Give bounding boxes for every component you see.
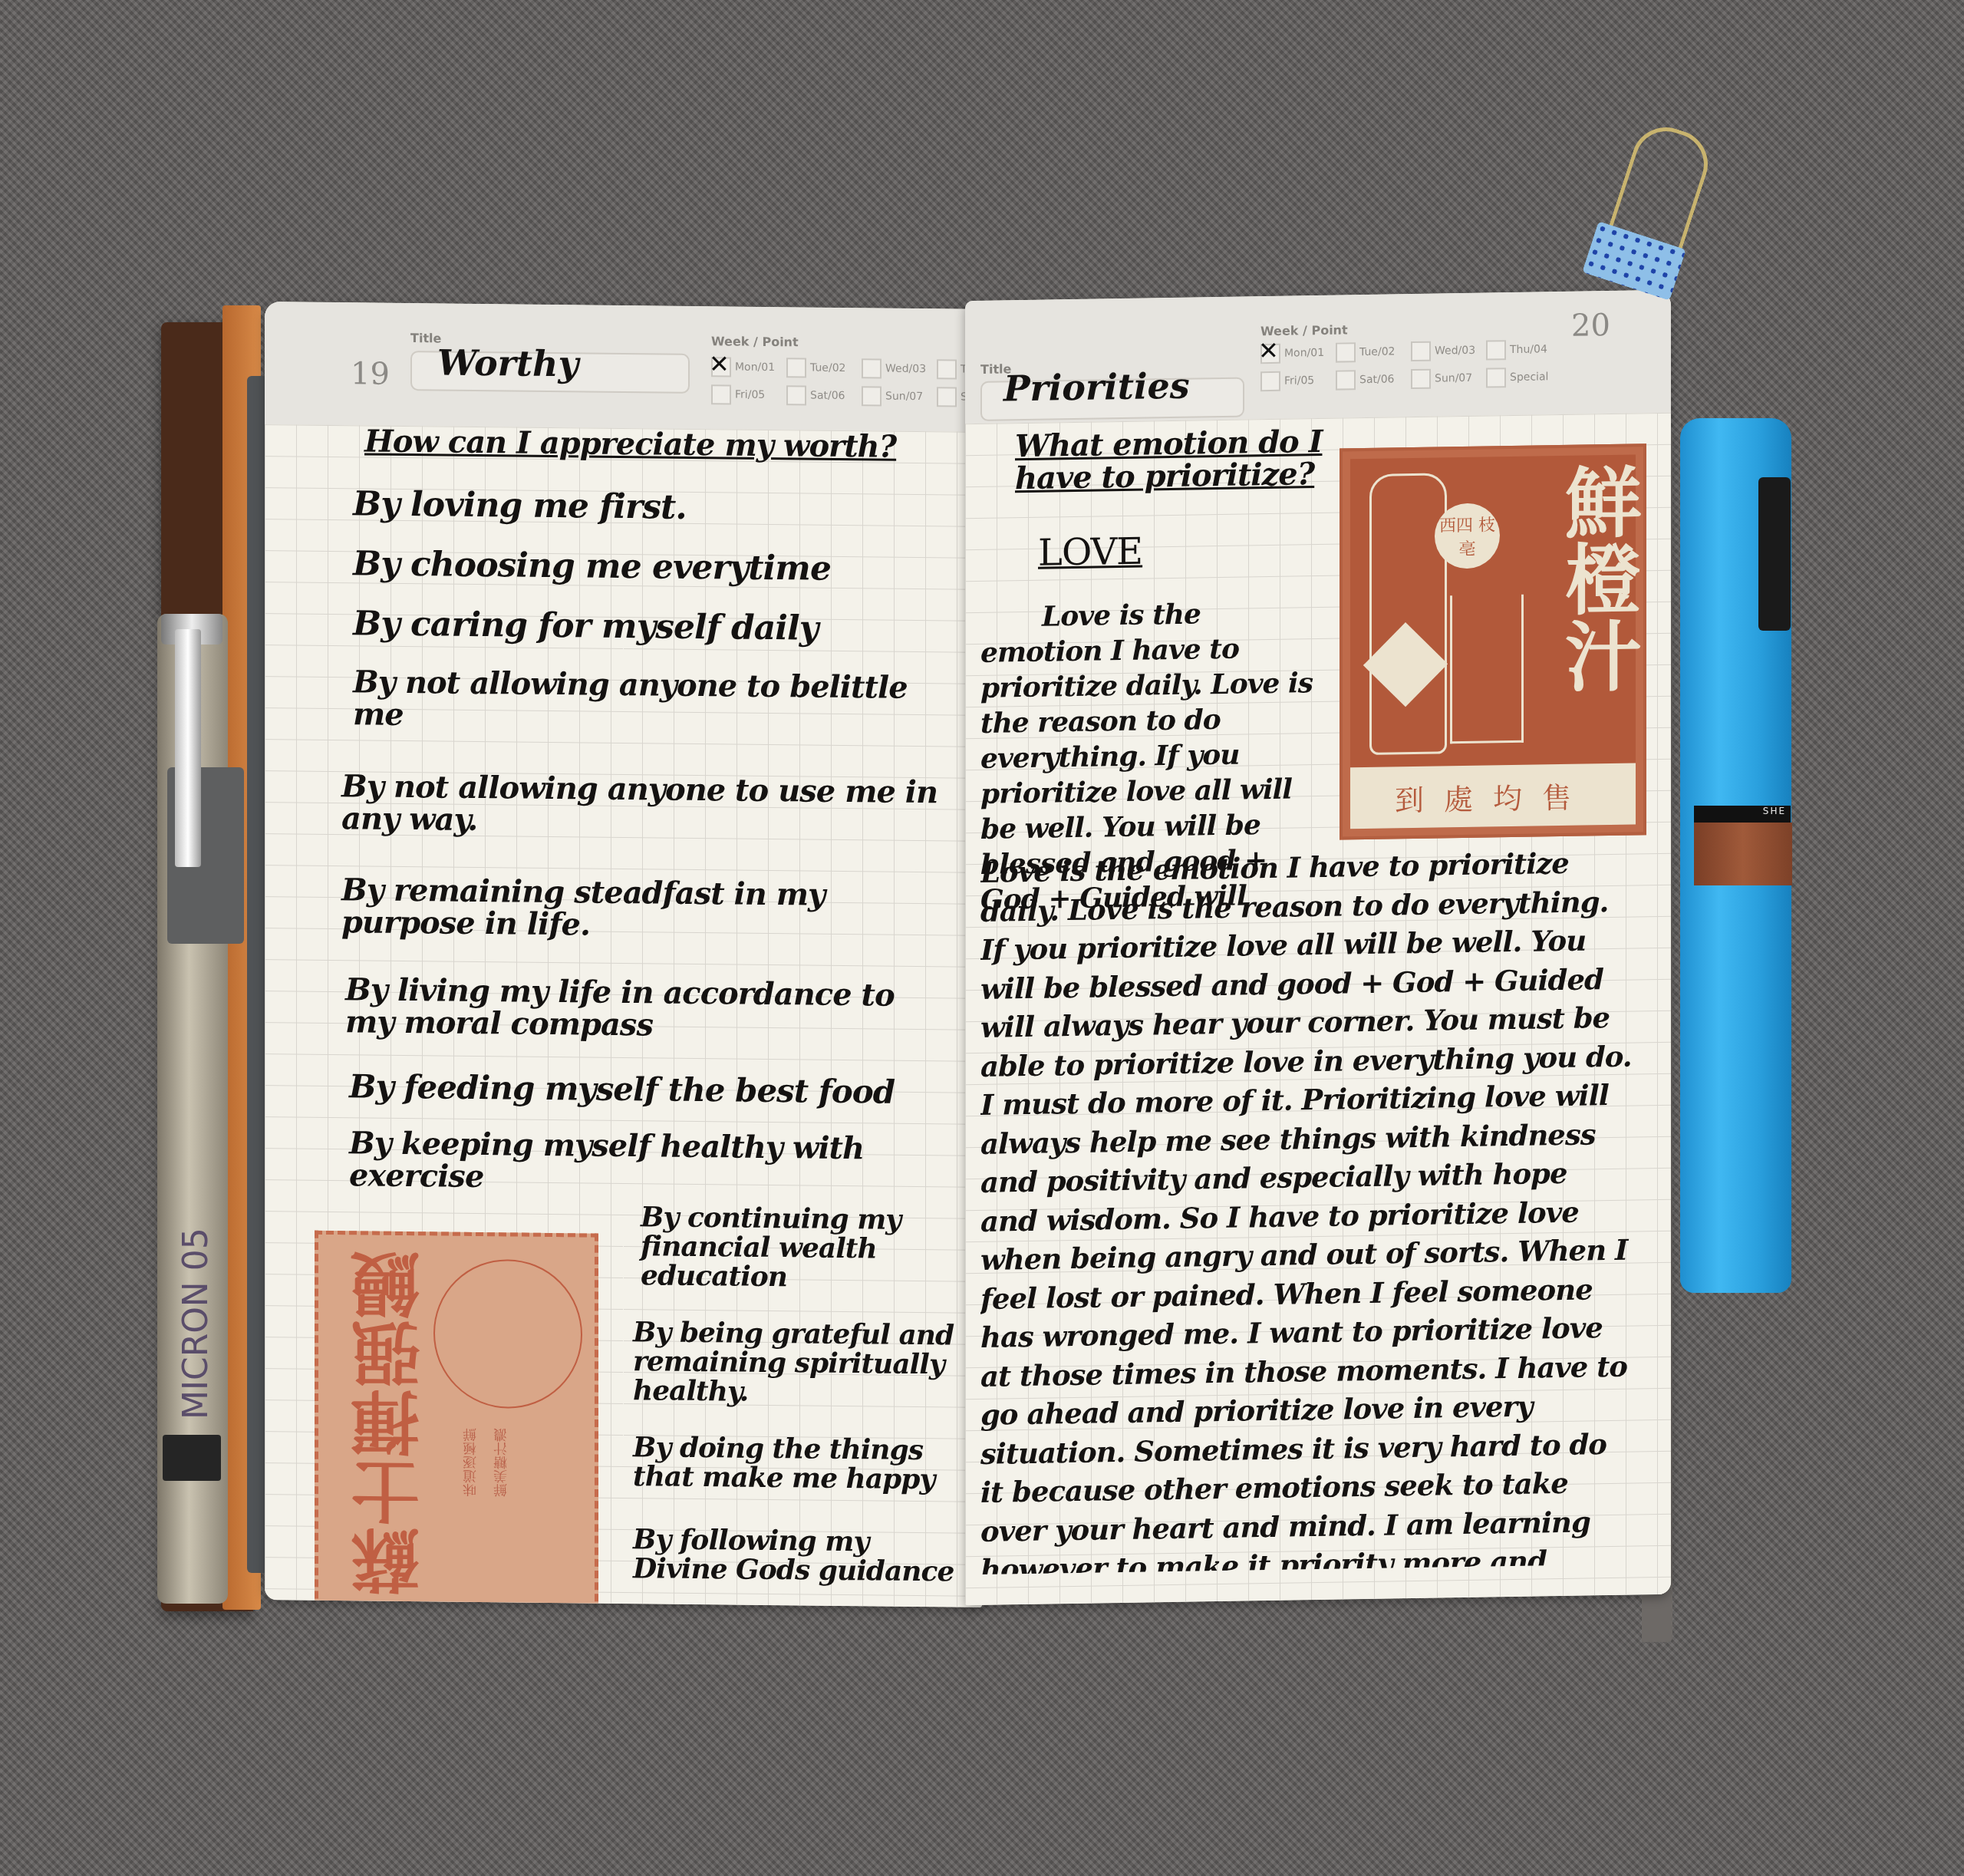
subheading-love: LOVE (1038, 532, 1142, 573)
entry: By caring for myself daily (353, 606, 967, 648)
week-checkboxes: Mon/01 Tue/02 Wed/03 Thu/04 Fri/05 Sat/0… (1260, 339, 1561, 391)
page-number: 20 (1571, 308, 1610, 344)
title-handwritten: Priorities (1003, 365, 1190, 410)
checkbox-icon[interactable] (862, 358, 881, 378)
entry: By not allowing anyone to belittle me (353, 666, 951, 737)
checkbox-icon[interactable] (1486, 340, 1506, 360)
entry: By not allowing anyone to use me in any … (341, 770, 940, 841)
micron-label: MICRON 05 (176, 959, 230, 1419)
candy-sticker: 蘇士揮强鰻 味道逐極鮮 鮮美糖汁濃 (315, 1231, 598, 1607)
sticker-large-text: 蘇士揮强鰻 (341, 1250, 441, 1596)
checkbox-icon[interactable] (1411, 369, 1431, 389)
pen-loop-band (1694, 823, 1792, 885)
checkbox-icon[interactable] (786, 358, 806, 378)
checkbox-icon[interactable] (711, 357, 731, 377)
page-number: 19 (351, 356, 390, 392)
candy-illustration-icon (433, 1258, 582, 1409)
entry: By living my life in accordance to my mo… (345, 974, 944, 1044)
checkbox-icon[interactable] (862, 386, 881, 406)
day-sun[interactable]: Sun/07 (1411, 368, 1486, 390)
week-checkboxes: Mon/01 Tue/02 Wed/03 Thu/04 Fri/05 Sat/0… (711, 357, 982, 407)
pen-clip (175, 629, 201, 867)
checkbox-icon[interactable] (1411, 341, 1431, 361)
entry: By doing the things that make me happy (633, 1433, 955, 1495)
pen-grip (163, 1435, 221, 1481)
entry: By loving me first. (353, 486, 967, 529)
checkbox-icon[interactable] (1260, 344, 1280, 364)
glass-icon (1450, 595, 1524, 744)
entry: By remaining steadfast in my purpose in … (341, 874, 940, 945)
left-page-header: 19 Title Worthy Week / Point Mon/01 Tue/… (265, 302, 982, 433)
entry: By being grateful and remaining spiritua… (633, 1318, 955, 1409)
pen-clip (1758, 477, 1791, 631)
day-wed[interactable]: Wed/03 (862, 358, 937, 379)
right-heading: What emotion do I have to prioritize? (1015, 425, 1353, 495)
sticker-small-text-1: 味道逐極鮮 (460, 1428, 483, 1497)
day-wed[interactable]: Wed/03 (1411, 341, 1486, 362)
day-fri[interactable]: Fri/05 (1260, 371, 1336, 392)
day-sat[interactable]: Sat/06 (1336, 369, 1411, 391)
checkbox-icon[interactable] (1486, 368, 1506, 387)
sticker-small-text-2: 鮮美糖汁濃 (491, 1428, 513, 1497)
entry: By continuing my financial wealth educat… (641, 1203, 947, 1294)
day-special[interactable]: Special (1486, 367, 1561, 388)
title-handwritten: Worthy (437, 341, 578, 384)
entry: By choosing me everytime (353, 546, 967, 589)
entry: By following my Divine Gods guidance (633, 1525, 955, 1587)
price-circle: 西四 枝亳 (1435, 503, 1500, 569)
checkbox-icon[interactable] (1260, 371, 1280, 391)
pen-brand-ring: SHE (1694, 806, 1791, 823)
day-thu[interactable]: Thu/04 (1486, 339, 1561, 361)
day-sun[interactable]: Sun/07 (862, 386, 937, 407)
day-tue[interactable]: Tue/02 (1336, 341, 1411, 363)
orange-juice-sticker: 西四 枝亳 鮮橙汁 到處均售 (1340, 443, 1646, 839)
sticker-footer: 到處均售 (1350, 763, 1636, 829)
day-mon[interactable]: Mon/01 (711, 357, 786, 378)
day-sat[interactable]: Sat/06 (786, 385, 862, 406)
day-mon[interactable]: Mon/01 (1260, 343, 1336, 364)
checkbox-icon[interactable] (937, 387, 957, 407)
checkbox-icon[interactable] (1336, 342, 1356, 362)
left-heading: How can I appreciate my worth? (364, 425, 963, 463)
entry: By keeping myself healthy with exercise (349, 1127, 917, 1198)
checkbox-icon[interactable] (786, 385, 806, 405)
sticker-large-text: 鮮橙汁 (1542, 462, 1653, 694)
day-fri[interactable]: Fri/05 (711, 384, 786, 405)
checkbox-icon[interactable] (1336, 370, 1356, 390)
body-text-main: Love is the emotion I have to prioritize… (980, 843, 1633, 1574)
left-page: 19 Title Worthy Week / Point Mon/01 Tue/… (265, 302, 982, 1607)
day-tue[interactable]: Tue/02 (786, 358, 862, 378)
week-label: Week / Point (711, 334, 799, 349)
entry: By feeding myself the best food (349, 1070, 947, 1109)
checkbox-icon[interactable] (711, 384, 731, 404)
checkbox-icon[interactable] (937, 359, 957, 379)
right-page: Title Priorities Week / Point Mon/01 Tue… (965, 290, 1671, 1605)
right-page-header: Title Priorities Week / Point Mon/01 Tue… (965, 290, 1671, 424)
